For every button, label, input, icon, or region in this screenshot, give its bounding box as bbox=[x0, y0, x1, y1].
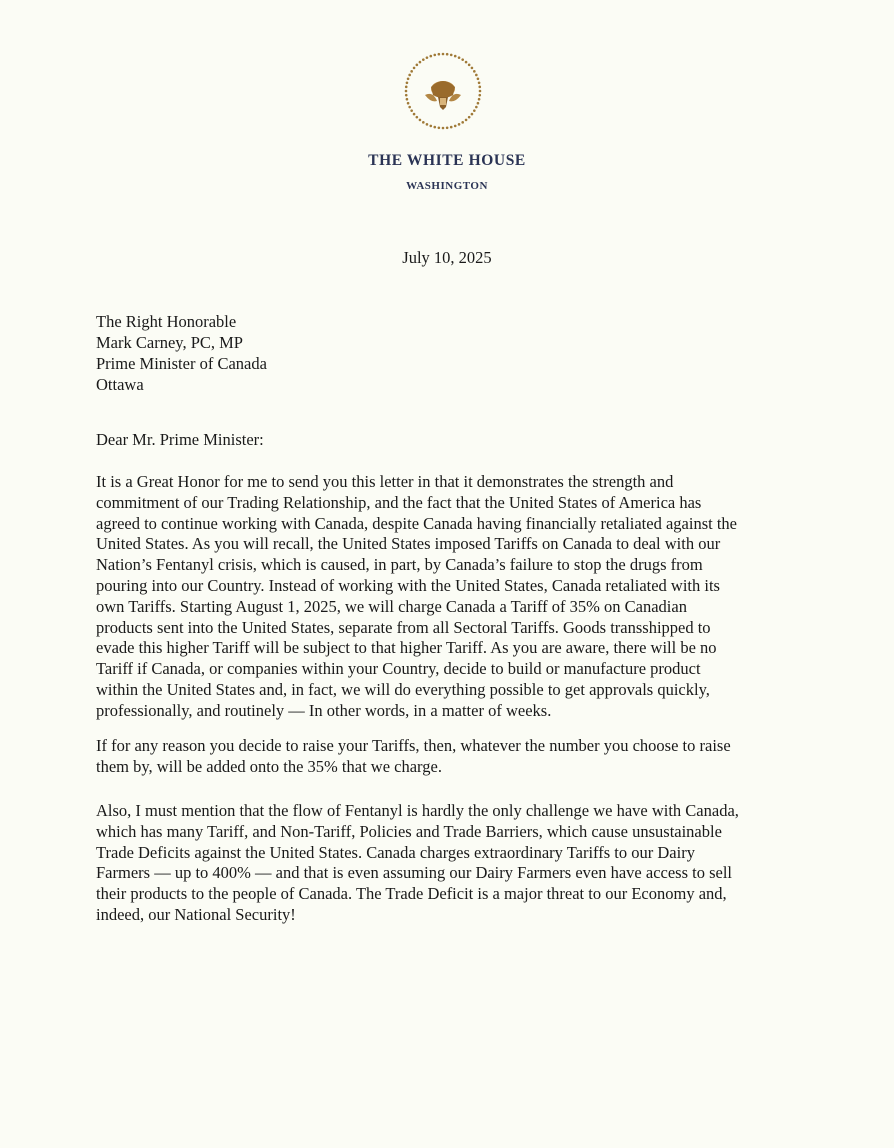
paragraph-line: Tariff if Canada, or companies within yo… bbox=[96, 659, 737, 680]
salutation: Dear Mr. Prime Minister: bbox=[96, 430, 264, 450]
paragraph-line: their products to the people of Canada. … bbox=[96, 884, 739, 905]
letter-date: July 10, 2025 bbox=[0, 248, 894, 268]
paragraph-line: professionally, and routinely — In other… bbox=[96, 701, 737, 722]
paragraph-line: within the United States and, in fact, w… bbox=[96, 680, 737, 701]
presidential-seal-icon bbox=[403, 51, 483, 131]
paragraph-line: It is a Great Honor for me to send you t… bbox=[96, 472, 737, 493]
addressee-line: Prime Minister of Canada bbox=[96, 353, 267, 374]
body-paragraph: It is a Great Honor for me to send you t… bbox=[96, 472, 737, 722]
body-paragraph: If for any reason you decide to raise yo… bbox=[96, 736, 731, 778]
paragraph-line: pouring into our Country. Instead of wor… bbox=[96, 576, 737, 597]
addressee-line: Ottawa bbox=[96, 374, 267, 395]
letterhead-subtitle: WASHINGTON bbox=[0, 180, 894, 192]
letterhead-title: THE WHITE HOUSE bbox=[0, 152, 894, 170]
paragraph-line: Farmers — up to 400% — and that is even … bbox=[96, 863, 739, 884]
addressee-line: The Right Honorable bbox=[96, 311, 267, 332]
paragraph-line: If for any reason you decide to raise yo… bbox=[96, 736, 731, 757]
paragraph-line: evade this higher Tariff will be subject… bbox=[96, 638, 737, 659]
paragraph-line: indeed, our National Security! bbox=[96, 905, 739, 926]
paragraph-line: United States. As you will recall, the U… bbox=[96, 534, 737, 555]
paragraph-line: agreed to continue working with Canada, … bbox=[96, 514, 737, 535]
paragraph-line: them by, will be added onto the 35% that… bbox=[96, 757, 731, 778]
paragraph-line: which has many Tariff, and Non-Tariff, P… bbox=[96, 822, 739, 843]
paragraph-line: Nation’s Fentanyl crisis, which is cause… bbox=[96, 555, 737, 576]
body-paragraph: Also, I must mention that the flow of Fe… bbox=[96, 801, 739, 926]
addressee-line: Mark Carney, PC, MP bbox=[96, 332, 267, 353]
paragraph-line: commitment of our Trading Relationship, … bbox=[96, 493, 737, 514]
addressee-block: The Right Honorable Mark Carney, PC, MP … bbox=[96, 311, 267, 395]
paragraph-line: Trade Deficits against the United States… bbox=[96, 843, 739, 864]
paragraph-line: products sent into the United States, se… bbox=[96, 618, 737, 639]
paragraph-line: Also, I must mention that the flow of Fe… bbox=[96, 801, 739, 822]
paragraph-line: own Tariffs. Starting August 1, 2025, we… bbox=[96, 597, 737, 618]
